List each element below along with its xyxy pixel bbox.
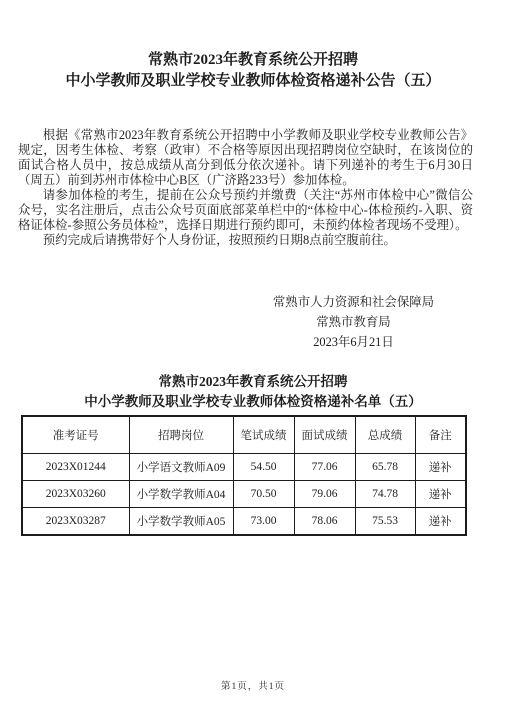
- cell-written-score: 73.00: [233, 508, 294, 536]
- roster-title-line2: 中小学教师及职业学校专业教师体检资格递补名单（五）: [18, 392, 488, 412]
- cell-written-score: 70.50: [233, 481, 294, 508]
- column-header-exam-id: 准考证号: [22, 416, 129, 454]
- cell-interview-score: 79.06: [294, 481, 355, 508]
- announcement-body: 根据《常熟市2023年教育系统公开招聘中小学教师及职业学校专业教师公告》规定，因…: [18, 128, 473, 248]
- cell-remarks: 递补: [415, 454, 466, 481]
- cell-remarks: 递补: [415, 481, 466, 508]
- cell-position: 小学数学教师A05: [129, 508, 233, 536]
- roster-title-line1: 常熟市2023年教育系统公开招聘: [18, 372, 488, 392]
- roster-title: 常熟市2023年教育系统公开招聘 中小学教师及职业学校专业教师体检资格递补名单（…: [18, 372, 488, 412]
- table-row: 2023X03260 小学数学教师A04 70.50 79.06 74.78 递…: [22, 481, 466, 508]
- table-row: 2023X03287 小学数学教师A05 73.00 78.06 75.53 递…: [22, 508, 466, 536]
- column-header-position: 招聘岗位: [129, 416, 233, 454]
- paragraph-reminder: 预约完成后请携带好个人身份证，按照预约日期8点前空腹前往。: [18, 233, 473, 248]
- cell-interview-score: 78.06: [294, 508, 355, 536]
- table-row: 2023X01244 小学语文教师A09 54.50 77.06 65.78 递…: [22, 454, 466, 481]
- cell-exam-id: 2023X03287: [22, 508, 129, 536]
- cell-interview-score: 77.06: [294, 454, 355, 481]
- document-title-line1: 常熟市2023年教育系统公开招聘: [18, 50, 488, 71]
- paragraph-basis: 根据《常熟市2023年教育系统公开招聘中小学教师及职业学校专业教师公告》规定，因…: [18, 128, 473, 188]
- signature-org-education-bureau: 常熟市教育局: [273, 312, 434, 332]
- cell-total-score: 65.78: [355, 454, 415, 481]
- cell-exam-id: 2023X03260: [22, 481, 129, 508]
- signature-date: 2023年6月21日: [273, 332, 434, 352]
- column-header-interview-score: 面试成绩: [294, 416, 355, 454]
- roster-table: 准考证号 招聘岗位 笔试成绩 面试成绩 总成绩 备注 2023X01244 小学…: [21, 415, 467, 536]
- paragraph-booking-instructions: 请参加体检的考生，提前在公众号预约并缴费（关注“苏州市体检中心”微信公众号，实名…: [18, 188, 473, 233]
- column-header-written-score: 笔试成绩: [233, 416, 294, 454]
- document-page: 常熟市2023年教育系统公开招聘 中小学教师及职业学校专业教师体检资格递补公告（…: [0, 0, 506, 716]
- page-number-footer: 第1页，共1页: [0, 678, 506, 692]
- document-title-line2: 中小学教师及职业学校专业教师体检资格递补公告（五）: [18, 71, 488, 92]
- cell-total-score: 74.78: [355, 481, 415, 508]
- column-header-remarks: 备注: [415, 416, 466, 454]
- cell-total-score: 75.53: [355, 508, 415, 536]
- signature-org-hr-bureau: 常熟市人力资源和社会保障局: [273, 292, 434, 312]
- column-header-total-score: 总成绩: [355, 416, 415, 454]
- cell-remarks: 递补: [415, 508, 466, 536]
- document-title: 常熟市2023年教育系统公开招聘 中小学教师及职业学校专业教师体检资格递补公告（…: [18, 50, 488, 92]
- signature-block: 常熟市人力资源和社会保障局 常熟市教育局 2023年6月21日: [273, 292, 434, 352]
- cell-exam-id: 2023X01244: [22, 454, 129, 481]
- cell-written-score: 54.50: [233, 454, 294, 481]
- table-header-row: 准考证号 招聘岗位 笔试成绩 面试成绩 总成绩 备注: [22, 416, 466, 454]
- cell-position: 小学数学教师A04: [129, 481, 233, 508]
- cell-position: 小学语文教师A09: [129, 454, 233, 481]
